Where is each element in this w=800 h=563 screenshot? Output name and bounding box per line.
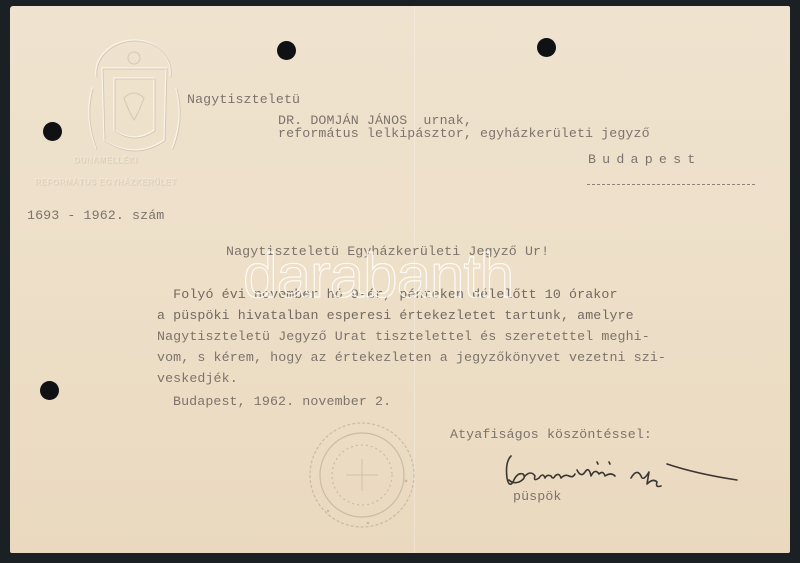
date-line: Budapest, 1962. november 2.	[173, 392, 391, 413]
body-line: Folyó évi november hó 9-ér, pénteken dél…	[157, 285, 618, 306]
punch-hole	[277, 41, 296, 60]
letterhead-line-2: Református Egyházkerület	[10, 178, 202, 187]
punch-hole	[40, 381, 59, 400]
signer-title: püspök	[513, 487, 561, 508]
embossed-coat-of-arms-icon	[74, 28, 194, 198]
recipient-city: Budapest	[588, 150, 701, 171]
round-official-seal-icon	[306, 419, 418, 531]
body-line: Nagytiszteletü Jegyző Urat tisztelettel …	[157, 327, 650, 348]
closing-line: Atyafiságos köszöntéssel:	[450, 425, 652, 446]
punch-hole	[537, 38, 556, 57]
letter-paper: Dunamelléki Református Egyházkerület Nag…	[10, 6, 790, 553]
punch-hole	[43, 122, 62, 141]
city-underline	[587, 184, 755, 185]
body-line: veskedjék.	[157, 369, 238, 390]
letter-greeting: Nagytiszteletü Egyházkerületi Jegyző Ur!	[226, 242, 549, 263]
recipient-salutation: Nagytiszteletü	[187, 90, 300, 111]
reference-number: 1693 - 1962. szám	[27, 206, 164, 227]
letterhead-line-1: Dunamelléki	[10, 156, 202, 165]
body-line: vom, s kérem, hogy az értekezleten a jeg…	[157, 348, 666, 369]
body-line: a püspöki hivatalban esperesi értekezlet…	[157, 306, 634, 327]
recipient-title: református lelkipásztor, egyházkerületi …	[278, 127, 650, 141]
